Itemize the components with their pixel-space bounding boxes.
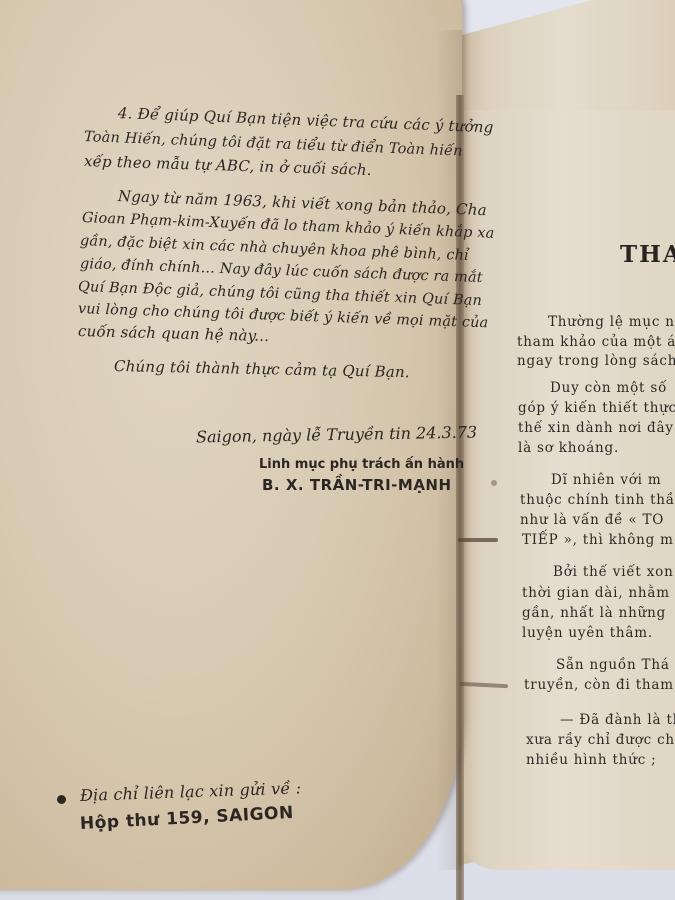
right-line: ngay trong lòng sách <box>517 353 675 369</box>
right-line: là sơ khoáng. <box>518 440 619 456</box>
signature-role: Linh mục phụ trách ấn hành <box>259 457 464 472</box>
right-line: Sẵn nguồn Thá <box>556 657 670 673</box>
right-line: TIẾP », thì không m <box>522 532 674 548</box>
signature-name: B. X. TRẦN-TRI-MẠNH <box>262 476 452 494</box>
right-line: thế xin dành nơi đây <box>518 420 674 436</box>
right-line: — Đã đành là th <box>560 712 675 728</box>
right-line: như là vấn đề « TO <box>520 512 664 528</box>
right-page-title: THA <box>620 241 675 268</box>
right-line: Thường lệ mục n <box>548 314 675 330</box>
right-line: Duy còn một số <box>550 380 667 396</box>
binding-thread <box>458 538 498 542</box>
right-line: nhiều hình thức ; <box>526 752 657 768</box>
right-line: Bởi thế viết xon <box>553 564 674 580</box>
right-line: góp ý kiến thiết thực <box>518 400 675 416</box>
right-line: gần, nhất là những <box>522 605 666 621</box>
right-line: thuộc chính tinh thần <box>520 492 675 508</box>
right-line: luyện uyên thâm. <box>522 625 653 641</box>
bullet-icon <box>57 795 66 804</box>
book-photo: 4. Để giúp Quí Bạn tiện việc tra cứu các… <box>0 0 675 900</box>
right-line: Dĩ nhiên với m <box>551 472 661 488</box>
right-line: thời gian dài, nhằm <box>522 585 670 601</box>
right-line: tham khảo của một á <box>517 334 675 350</box>
right-line: xưa rầy chỉ được ch <box>526 732 675 748</box>
page-mark <box>491 480 497 486</box>
right-line: truyền, còn đi tham <box>524 677 674 693</box>
